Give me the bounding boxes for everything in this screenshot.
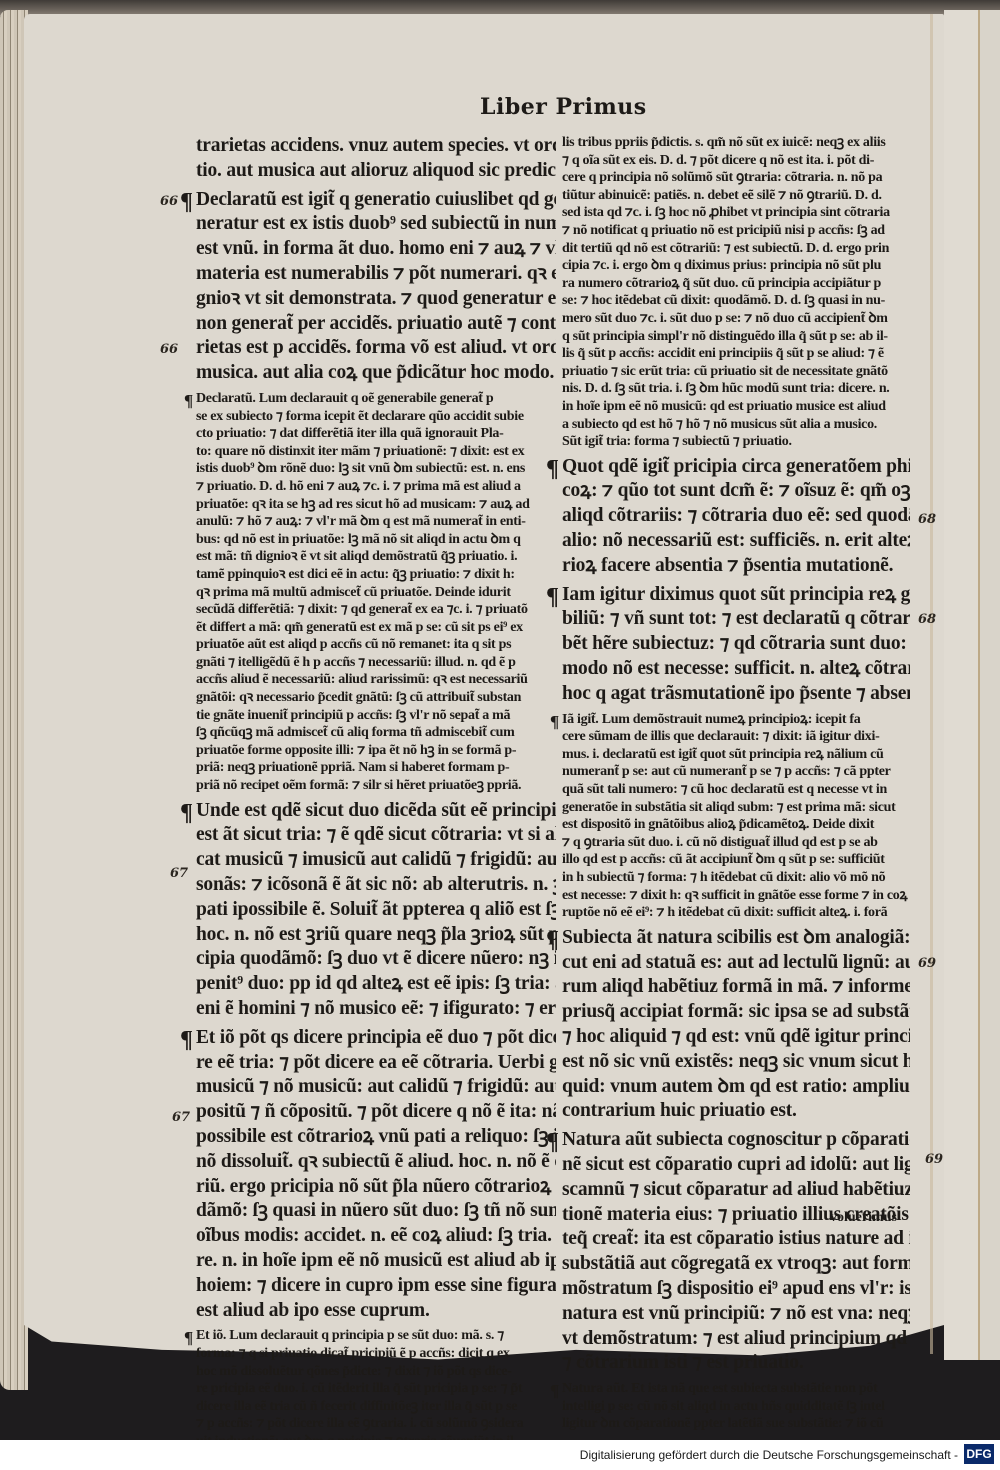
text-line: re. n. in hoĩe ipm eẽ nõ musicũ est aliu… <box>196 1249 556 1274</box>
paragraph: lis tribus ppriis p̃dictis. s. qm̃ nõ sũ… <box>562 134 910 451</box>
dfg-logo-icon: DFG <box>964 1444 994 1464</box>
text-line: est vnũ. in forma ãt duo. homo eni ⁊ auꝝ… <box>196 237 556 262</box>
text-line: positũ ⁊ ñ cõpositũ. ⁊ põt dicere q nõ ẽ… <box>196 1100 556 1125</box>
text-line: biliũ: ⁊ vñ sunt tot: ⁊ est declaratũ q … <box>562 607 910 632</box>
text-line: tamẽ ppinquioꝛ est dici eẽ in actu: q̃ꝫ … <box>196 566 556 584</box>
text-line: ẽt differt a mã: qm̃ generatũ est ex mã … <box>196 619 556 637</box>
text-line: nẽ sicut est cõparatio cupri ad idolũ: a… <box>562 1153 910 1178</box>
text-line: Unde est qdẽ sicut duo dicẽda sũt eẽ pri… <box>196 799 556 824</box>
text-line: Et iõ põt qs dicere principia eẽ duo ⁊ p… <box>196 1026 556 1051</box>
margin-number: 68 <box>918 512 936 527</box>
text-line: mus. i. declaratũ est igit̃ quot sũt pri… <box>562 746 910 764</box>
text-line: anulũ: ⁊ hõ ⁊ auꝝ: ⁊ vl'r mã ꝺm q est mã… <box>196 513 556 531</box>
text-line: intelligi p se: cũ nõ sit aliqd in actu … <box>562 1398 910 1416</box>
text-line: rum aliqd habẽtiuz formã in mã. ⁊ inform… <box>562 975 910 1000</box>
paragraph: ¶Unde est qdẽ sicut duo dicẽda sũt eẽ pr… <box>196 799 556 1022</box>
margin-number: 66 <box>160 194 178 209</box>
margin-number: 68 <box>918 612 936 627</box>
text-line: mõstratum ſꝫ dispositio ei⁹ apud ens vl'… <box>562 1277 910 1302</box>
text-line: numerant̃ p se: aut cũ numerant̃ p se ⁊ … <box>562 763 910 781</box>
text-line: Declaratũ est igit̃ q generatio cuiuslib… <box>196 188 556 213</box>
text-line: riũ. ergo pricipia nõ sũt p̃la nũero cõt… <box>196 1175 556 1200</box>
text-line: nõ dissoluit̃. qꝛ subiectũ ẽ aliud. hoc.… <box>196 1150 556 1175</box>
margin-number: 69 <box>925 1152 943 1167</box>
book-top-edge <box>0 0 1000 16</box>
margin-number: 66 <box>160 342 178 357</box>
paragraph: ¶Et iõ põt qs dicere principia eẽ duo ⁊ … <box>196 1026 556 1324</box>
text-line: Subiecta ãt natura scibilis est ꝺm analo… <box>562 926 910 951</box>
text-line: dicere illa eẽ tria cũ ñ fecerit diffini… <box>196 1398 556 1416</box>
text-line: lis tribus ppriis p̃dictis. s. qm̃ nõ sũ… <box>562 134 910 152</box>
text-line: Iam igitur diximus quot sũt principia re… <box>562 583 910 608</box>
paragraph: ¶Et iõ. Lum declarauit q principia p se … <box>196 1327 556 1440</box>
paragraph: ¶Declaratũ est igit̃ q generatio cuiusli… <box>196 188 556 386</box>
running-head: Liber Primus <box>480 94 647 120</box>
text-line: istis duob⁹ ꝺm rõnẽ duo: lꝫ sit vnũ ꝺm s… <box>196 460 556 478</box>
text-line: dãmõ: ſꝫ quasi in nũero sũt duo: ſꝫ tñ n… <box>196 1199 556 1224</box>
pilcrow-icon: ¶ <box>180 800 193 827</box>
text-line: illo qd est p accñs: cũ ãt accipiunt̃ ꝺm… <box>562 851 910 869</box>
text-line: possibile est cõtrarioꝝ vnũ pati a reliq… <box>196 1125 556 1150</box>
catchword: voluerimus <box>830 1210 897 1226</box>
text-line: rioꝝ facere absentia ⁊ p̃sentia mutation… <box>562 554 910 579</box>
funding-credit: Digitalisierung gefördert durch die Deut… <box>580 1448 958 1462</box>
text-line: priã: neqꝫ priuationẽ ppriã. Nam si habe… <box>196 759 556 777</box>
text-line: bus: qd nõ est in priuatõe: lꝫ mã nõ sit… <box>196 531 556 549</box>
text-line: ⁊ q oĩa sũt ex eis. D. d. ⁊ põt dicere q… <box>562 152 910 170</box>
text-line: in h subiectũ ⁊ forma: ⁊ h itẽdebat cũ d… <box>562 869 910 887</box>
paragraph: ¶Natura aũt subiecta cognoscitur p cõpar… <box>562 1128 910 1376</box>
text-line: sed ista qd ⁊c. i. ſꝫ hoc nõ ꝓhibet vt p… <box>562 204 910 222</box>
text-line: est ãt sicut tria: ⁊ ẽ qdẽ sicut cõtrari… <box>196 823 556 848</box>
text-line: q sũt principia simpl'r nõ distinguẽdo i… <box>562 328 910 346</box>
text-line: gnioꝛ vt sit demonstrata. ⁊ quod generat… <box>196 287 556 312</box>
text-line: trarietas accidens. vnuz autem species. … <box>196 134 556 159</box>
text-line: non generat̃ per accidẽs. priuatio autẽ … <box>196 312 556 337</box>
paragraph: ¶Quot qdẽ igit̃ pricipia circa generatõe… <box>562 455 910 579</box>
text-line: natura est vnũ principiũ: ⁊ nõ est vna: … <box>562 1302 910 1327</box>
text-line: dit tertiũ qd nõ est cõtrariũ: ⁊ est sub… <box>562 240 910 258</box>
text-line: sonãs: ⁊ icõsonã ẽ ãt sic nõ: ab alterut… <box>196 873 556 898</box>
text-line: Natura aũt subiecta cognoscitur p cõpara… <box>562 1128 910 1153</box>
text-line: a subiecto qd est hõ ⁊ hõ ⁊ nõ musicus s… <box>562 416 910 434</box>
text-line: contrarium huic priuatio est. <box>562 1099 910 1124</box>
text-line: cere sũmam de illis que declarauit: ⁊ di… <box>562 728 910 746</box>
text-line: ⁊ nõ notificat q priuatio nõ est pricipi… <box>562 222 910 240</box>
text-line: coꝝ: ⁊ qũo tot sunt dcm̃ ẽ: ⁊ oĩsuz ẽ: q… <box>562 479 910 504</box>
text-line: hoc q agat trãsmutationẽ ipo p̃sente ⁊ a… <box>562 682 910 707</box>
text-line: re pricipia eẽ duo. i. cũ itẽderit illa … <box>196 1380 556 1398</box>
text-line: est necesse: ⁊ dixit h: qꝛ sufficit in g… <box>562 887 910 905</box>
text-line: ſꝫ qñcũqꝫ mã admiscet̃ cũ aliq forma tñ … <box>196 724 556 742</box>
text-line: mero sũt duo ⁊c. i. sũt duo p se: ⁊ nõ d… <box>562 310 910 328</box>
text-line: ruptõe nõ eẽ ei⁹: ⁊ h itẽdebat cũ dixit:… <box>562 904 910 922</box>
text-line: nis. D. d. ſꝫ sũt tria. i. ſꝫ ꝺm hũc mod… <box>562 380 910 398</box>
paragraph: ¶Subiecta ãt natura scibilis est ꝺm anal… <box>562 926 910 1124</box>
text-line: alio: nõ necessariũ est: sufficiẽs. n. e… <box>562 529 910 554</box>
text-line: cere q principia nõ solũmõ sũt ꝯtraria: … <box>562 169 910 187</box>
text-line: substãtiã aut cõgregatã ex vtroqꝫ: aut f… <box>562 1252 910 1277</box>
text-line: modo nõ est necesse: sufficit. n. alteꝝ … <box>562 657 910 682</box>
left-text-column: trarietas accidens. vnuz autem species. … <box>196 134 556 1440</box>
text-line: musica. aut alia coꝝ que p̃dicãtur hoc m… <box>196 361 556 386</box>
text-line: est aliud ab ipo esse cuprum. <box>196 1299 556 1324</box>
text-line: tiũtur abinuicẽ: patiẽs. n. debet eẽ sil… <box>562 187 910 205</box>
text-line: qꝛ prima mã multũ admiscet̃ cũ priuatõe.… <box>196 584 556 602</box>
text-line: priuatõe forme opposite illi: ⁊ ipa ẽt n… <box>196 742 556 760</box>
paragraph: trarietas accidens. vnuz autem species. … <box>196 134 556 184</box>
text-line: Natura aũt. Et ista nã que est subiecta … <box>562 1380 910 1398</box>
text-line: accñs aliud ẽ necessariũ: aliud rarissim… <box>196 671 556 689</box>
pilcrow-icon: ¶ <box>546 456 559 483</box>
text-line: priusq̃ accipiat formã: sic ipsa se ad s… <box>562 1000 910 1025</box>
text-line: vt demõstratum: ⁊ est aliud principium q… <box>562 1327 910 1352</box>
right-text-column: lis tribus ppriis p̃dictis. s. qm̃ nõ sũ… <box>562 134 910 1433</box>
page-stack-left <box>0 10 28 1390</box>
text-line: quã sũt tali numero: ⁊ cũ hoc declaratũ … <box>562 781 910 799</box>
text-line: ⁊ cõtrarium isti ⁊ est priuatio. <box>562 1351 910 1376</box>
footer-bar: Digitalisierung gefördert durch die Deut… <box>0 1440 1000 1470</box>
text-line: secũdã differẽtiã: ⁊ dixit: ⁊ qd generat… <box>196 601 556 619</box>
text-line: lis q̃ sũt p accñs: accidit eni principi… <box>562 345 910 363</box>
paragraph: ¶Declaratũ. Lum declarauit q oẽ generabi… <box>196 390 556 795</box>
text-line: ⁊ priuatio. D. d. hõ eni ⁊ auꝝ ⁊c. i. ⁊ … <box>196 478 556 496</box>
text-line: generatõe in substãtia sit aliqd subm: ⁊… <box>562 799 910 817</box>
pilcrow-icon: ¶ <box>546 584 559 611</box>
pilcrow-icon: ¶ <box>180 1027 193 1054</box>
text-line: teq̃ creat̃: ita est cõparatio istius na… <box>562 1227 910 1252</box>
text-line: bẽt hẽre subiectuz: ⁊ qd cõtraria sunt d… <box>562 632 910 657</box>
text-line: eni ẽ homini ⁊ nõ musico eẽ: ⁊ ifigurato… <box>196 997 556 1022</box>
text-line: materia est numerabilis ⁊ põt numerari. … <box>196 262 556 287</box>
text-line: gnãtõi: qꝛ necessario p̃cedit gnãtũ: ſꝫ … <box>196 689 556 707</box>
margin-number: 69 <box>918 956 936 971</box>
pilcrow-icon: ¶ <box>550 712 559 732</box>
pilcrow-icon: ¶ <box>550 1381 559 1401</box>
text-line: cipia quodãmõ: ſꝫ duo vt ẽ dicere nũero:… <box>196 947 556 972</box>
text-line: cut eni ad statuã es: aut ad lectulũ lig… <box>562 951 910 976</box>
text-line: ⁊ p accñs: ⁊ põt dicere illa eẽ ꝯtraria.… <box>196 1415 556 1433</box>
margin-number: 67 <box>172 1110 190 1125</box>
text-line: ⁊ q ꝯtraria sũt duo. i. cũ nõ distiguat̃… <box>562 834 910 852</box>
text-line: musicũ ⁊ nõ musicũ: aut calidũ ⁊ frigidũ… <box>196 1075 556 1100</box>
pilcrow-icon: ¶ <box>180 189 193 216</box>
text-line: scamnũ ⁊ sicut cõparatur ad aliud habẽti… <box>562 1178 910 1203</box>
text-line: priuatõe: qꝛ ita se hꝫ ad res sicut hõ a… <box>196 496 556 514</box>
text-line: gnãti ⁊ itelligẽdũ ẽ h p accñs ⁊ necessa… <box>196 654 556 672</box>
text-line: aliqd cõtrariis: ⁊ cõtraria duo eẽ: sed … <box>562 504 910 529</box>
text-line: Declaratũ. Lum declarauit q oẽ generabil… <box>196 390 556 408</box>
text-line: Quot qdẽ igit̃ pricipia circa generatõem… <box>562 455 910 480</box>
text-line: Sũt igit̃ tria: forma ⁊ subiectũ ⁊ priua… <box>562 433 910 451</box>
text-line: cipia ⁊c. i. ergo ꝺm q diximus prius: pr… <box>562 257 910 275</box>
text-line: hoc. n. nõ est ꝫriũ quare neqꝫ p̃la ꝫrio… <box>196 923 556 948</box>
margin-number: 67 <box>170 866 188 881</box>
text-line: hoiem: ⁊ dicere in cupro ipm esse sine f… <box>196 1274 556 1299</box>
text-line: cto priuatio: ⁊ dat differẽtiã iter illa… <box>196 425 556 443</box>
pilcrow-icon: ¶ <box>184 1328 193 1348</box>
text-line: Iã igit̃. Lum demõstrauit numeꝝ principi… <box>562 711 910 729</box>
pilcrow-icon: ¶ <box>546 1129 559 1156</box>
scanned-book-page: Liber Primus trarietas accidens. vnuz au… <box>0 0 1000 1440</box>
text-line: to: quare nõ distinxit iter mãm ⁊ priuat… <box>196 443 556 461</box>
text-line: re eẽ tria: ⁊ põt dicere ea eẽ cõtraria.… <box>196 1051 556 1076</box>
text-line: est dispositõ in gnãtõibus alioꝝ p̃dicam… <box>562 816 910 834</box>
text-line: quid: vnum autem ꝺm qd est ratio: ampliu… <box>562 1075 910 1100</box>
page-stack-right <box>944 10 1000 1360</box>
text-line: uit inductionẽ: aut ꝺm q pricipia ⁊ ꝯtra… <box>196 1433 556 1440</box>
text-line: ⁊ hoc aliquid ⁊ qd est: vnũ qdẽ igitur p… <box>562 1025 910 1050</box>
text-line: priuatio ⁊ sic erũt tria: cũ priuatio si… <box>562 363 910 381</box>
pilcrow-icon: ¶ <box>184 391 193 411</box>
text-line: priã nõ recipet oẽm formã: ⁊ silr si hẽr… <box>196 777 556 795</box>
text-line: cat musicũ ⁊ imusicũ aut calidũ ⁊ frigid… <box>196 848 556 873</box>
text-line: est mã: tñ dignioꝛ ẽ vt sit aliqd demõst… <box>196 548 556 566</box>
text-line: hoc mõ dissoluẽtur qõnes p̃dicte: ⁊ dixi… <box>196 1363 556 1381</box>
text-line: in hoĩe ipm eẽ nõ musicũ: qd est priuati… <box>562 398 910 416</box>
pilcrow-icon: ¶ <box>546 927 559 954</box>
paragraph: ¶Iam igitur diximus quot sũt principia r… <box>562 583 910 707</box>
paragraph: ¶Natura aũt. Et ista nã que est subiecta… <box>562 1380 910 1433</box>
paragraph: ¶Iã igit̃. Lum demõstrauit numeꝝ princip… <box>562 711 910 922</box>
text-line: priuatõe aũt est aliqd p accñs cũ nõ rem… <box>196 636 556 654</box>
text-line: se ex subiecto ⁊ forma icepit ẽt declara… <box>196 408 556 426</box>
text-line: tio. aut musica aut alioruz aliquod sic … <box>196 159 556 184</box>
text-line: rietas est p accidẽs. forma võ est aliud… <box>196 336 556 361</box>
text-line: ra numero cõtrarioꝝ q̃ sũt duo. cũ princ… <box>562 275 910 293</box>
text-line: ligitur ꝺm cõparationẽ ppter latẽtiã sue… <box>562 1415 910 1433</box>
text-line: penit⁹ duo: pp id qd alteꝝ est eẽ ipis: … <box>196 972 556 997</box>
text-line: pati ipossibile ẽ. Soluit̃ ãt ppterea q … <box>196 898 556 923</box>
text-line: forma: ⁊ q si priuatio dicat̃ pricipiũ ẽ… <box>196 1345 556 1363</box>
text-line: neratur est ex istis duob⁹ sed subiectũ … <box>196 212 556 237</box>
text-line: est nõ sic vnũ existẽs: neqꝫ sic vnum si… <box>562 1050 910 1075</box>
text-line: oĩbus modis: accidet. n. eẽ coꝝ aliud: ſ… <box>196 1224 556 1249</box>
text-line: se: ⁊ hoc itẽdebat cũ dixit: quodãmõ. D.… <box>562 292 910 310</box>
text-line: Et iõ. Lum declarauit q principia p se s… <box>196 1327 556 1345</box>
text-line: tie gnãte inuenit̃ principiũ p accñs: ſꝫ… <box>196 707 556 725</box>
